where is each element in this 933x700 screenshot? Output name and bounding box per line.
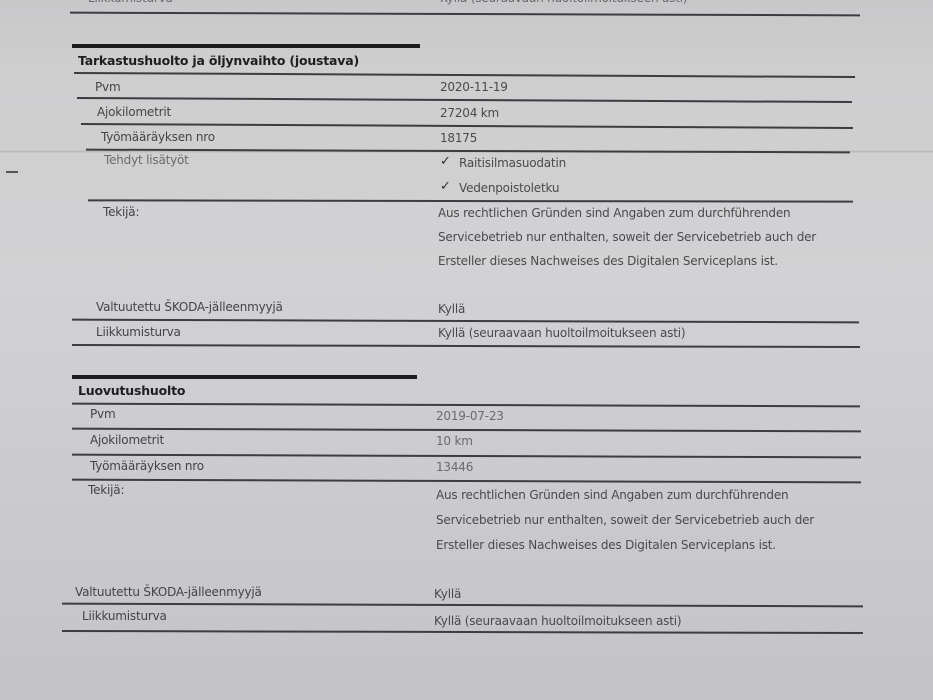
divider bbox=[70, 12, 860, 16]
row-value-date: 2019-07-23 bbox=[436, 409, 504, 423]
dealer-value: Kyllä bbox=[438, 302, 465, 316]
service-record-page: Liikkumisturva Kyllä (seuraavaan huoltoi… bbox=[0, 0, 933, 700]
divider bbox=[62, 630, 863, 634]
divider bbox=[72, 344, 860, 348]
top-partial-value: Kyllä (seuraavaan huoltoilmoitukseen ast… bbox=[440, 0, 687, 5]
divider bbox=[72, 319, 859, 323]
row-label-mileage: Ajokilometrit bbox=[97, 105, 171, 119]
dealer-label: Valtuutettu ŠKODA-jälleenmyyjä bbox=[75, 585, 262, 599]
divider bbox=[81, 123, 853, 129]
performer-line: Ersteller dieses Nachweises des Digitale… bbox=[436, 538, 776, 552]
performer-label: Tekijä: bbox=[88, 483, 124, 497]
performer-line: Servicebetrieb nur enthalten, soweit der… bbox=[438, 230, 816, 244]
mobility-value: Kyllä (seuraavaan huoltoilmoitukseen ast… bbox=[434, 614, 681, 628]
divider bbox=[88, 199, 853, 202]
divider bbox=[74, 72, 855, 78]
performer-line: Ersteller dieses Nachweises des Digitale… bbox=[438, 254, 778, 268]
check-icon: ✓ bbox=[440, 179, 451, 194]
performer-line: Aus rechtlichen Gründen sind Angaben zum… bbox=[438, 206, 790, 220]
section-title-bar bbox=[72, 375, 417, 379]
performer-label: Tekijä: bbox=[103, 205, 139, 219]
mobility-value: Kyllä (seuraavaan huoltoilmoitukseen ast… bbox=[438, 326, 685, 340]
extra-work-item: Raitisilmasuodatin bbox=[459, 156, 566, 170]
row-value-work-order: 13446 bbox=[436, 460, 473, 474]
row-label-date: Pvm bbox=[95, 80, 120, 94]
section-title: Luovutushuolto bbox=[78, 383, 185, 398]
row-label-mileage: Ajokilometrit bbox=[90, 433, 164, 447]
divider bbox=[72, 454, 861, 458]
extra-work-label: Tehdyt lisätyöt bbox=[104, 153, 189, 167]
section-title: Tarkastushuolto ja öljynvaihto (joustava… bbox=[78, 53, 359, 68]
row-value-mileage: 10 km bbox=[436, 434, 473, 448]
divider bbox=[77, 97, 852, 103]
divider bbox=[72, 479, 861, 483]
margin-mark bbox=[6, 171, 18, 173]
dealer-value: Kyllä bbox=[434, 587, 461, 601]
divider bbox=[72, 428, 861, 432]
performer-line: Servicebetrieb nur enthalten, soweit der… bbox=[436, 513, 814, 527]
mobility-label: Liikkumisturva bbox=[82, 609, 167, 623]
row-value-work-order: 18175 bbox=[440, 131, 477, 145]
top-partial-label: Liikkumisturva bbox=[88, 0, 173, 5]
mobility-label: Liikkumisturva bbox=[96, 325, 181, 339]
row-label-date: Pvm bbox=[90, 407, 115, 421]
check-icon: ✓ bbox=[440, 154, 451, 169]
row-label-work-order: Työmääräyksen nro bbox=[101, 130, 215, 144]
row-value-date: 2020-11-19 bbox=[440, 80, 508, 94]
section-title-bar bbox=[72, 44, 420, 48]
divider bbox=[72, 403, 860, 407]
performer-line: Aus rechtlichen Gründen sind Angaben zum… bbox=[436, 488, 788, 502]
row-value-mileage: 27204 km bbox=[440, 106, 499, 120]
row-label-work-order: Työmääräyksen nro bbox=[90, 459, 204, 473]
divider bbox=[62, 603, 863, 607]
extra-work-item: Vedenpoistoletku bbox=[459, 181, 559, 195]
dealer-label: Valtuutettu ŠKODA-jälleenmyyjä bbox=[96, 300, 283, 314]
